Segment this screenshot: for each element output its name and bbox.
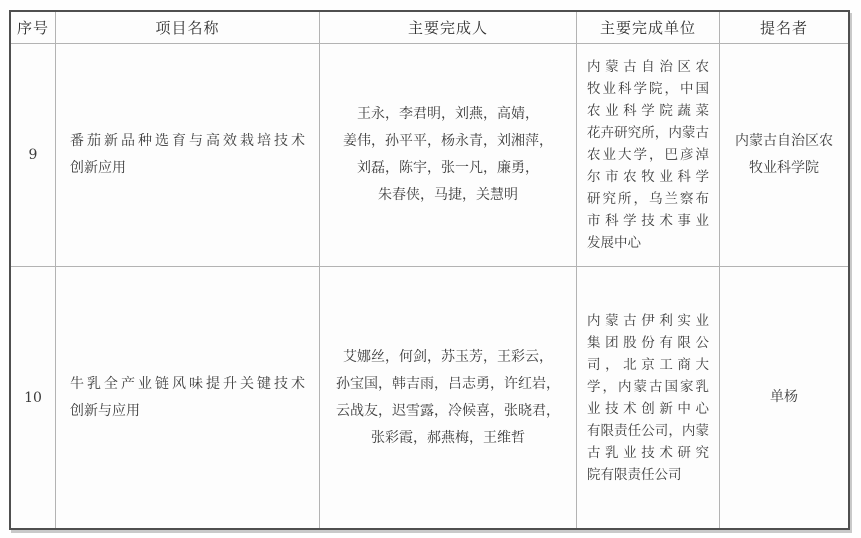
header-main-contributors-label: 主要完成人 xyxy=(408,17,488,38)
document-page: 序号 项目名称 主要完成人 主要完成单位 提名者 9 番茄新品种选育与高效栽培技… xyxy=(0,0,861,538)
header-main-units-label: 主要完成单位 xyxy=(600,17,696,38)
row10-units-cell: 内蒙古伊利实业集团股份有限公司，北京工商大学，内蒙古国家乳业技术创新中心有限责任… xyxy=(577,267,720,528)
row10-nominator-text: 单杨 xyxy=(728,384,840,411)
row10-project-cell: 牛乳全产业链风味提升关键技术创新与应用 xyxy=(56,267,320,528)
row10-project-text: 牛乳全产业链风味提升关键技术创新与应用 xyxy=(70,371,305,425)
header-main-contributors: 主要完成人 xyxy=(320,12,577,44)
row9-seq: 9 xyxy=(29,147,38,163)
row10-seq: 10 xyxy=(24,390,42,406)
row10-contributors-cell: 艾娜丝，何剑，苏玉芳，王彩云，孙宝国，韩吉雨，吕志勇，许红岩，云战友，迟雪露，冷… xyxy=(320,267,577,528)
header-project-name: 项目名称 xyxy=(56,12,320,44)
row9-units-cell: 内蒙古自治区农牧业科学院，中国农业科学院蔬菜花卉研究所，内蒙古农业大学，巴彦淖尔… xyxy=(577,44,720,267)
award-nomination-table: 序号 项目名称 主要完成人 主要完成单位 提名者 9 番茄新品种选育与高效栽培技… xyxy=(9,10,850,530)
row9-seq-cell: 9 xyxy=(11,44,56,267)
row9-project-cell: 番茄新品种选育与高效栽培技术创新应用 xyxy=(56,44,320,267)
row10-nominator-cell: 单杨 xyxy=(720,267,848,528)
header-seq: 序号 xyxy=(11,12,56,44)
row9-contributors-text: 王永，李君明，刘燕，高婧，姜伟，孙平平，杨永青，刘湘萍，刘磊，陈宇，张一凡，廉勇… xyxy=(328,101,568,209)
header-project-name-label: 项目名称 xyxy=(155,17,219,38)
header-nominator: 提名者 xyxy=(720,12,848,44)
row9-nominator-cell: 内蒙古自治区农牧业科学院 xyxy=(720,44,848,267)
row9-contributors-cell: 王永，李君明，刘燕，高婧，姜伟，孙平平，杨永青，刘湘萍，刘磊，陈宇，张一凡，廉勇… xyxy=(320,44,577,267)
row9-nominator-text: 内蒙古自治区农牧业科学院 xyxy=(728,128,840,182)
row9-project-text: 番茄新品种选育与高效栽培技术创新应用 xyxy=(70,128,305,182)
row10-units-text: 内蒙古伊利实业集团股份有限公司，北京工商大学，内蒙古国家乳业技术创新中心有限责任… xyxy=(587,310,709,486)
header-seq-label: 序号 xyxy=(17,17,49,38)
row10-seq-cell: 10 xyxy=(11,267,56,528)
row10-contributors-text: 艾娜丝，何剑，苏玉芳，王彩云，孙宝国，韩吉雨，吕志勇，许红岩，云战友，迟雪露，冷… xyxy=(328,344,568,452)
header-main-units: 主要完成单位 xyxy=(577,12,720,44)
header-nominator-label: 提名者 xyxy=(760,17,808,38)
row9-units-text: 内蒙古自治区农牧业科学院，中国农业科学院蔬菜花卉研究所，内蒙古农业大学，巴彦淖尔… xyxy=(587,56,709,254)
